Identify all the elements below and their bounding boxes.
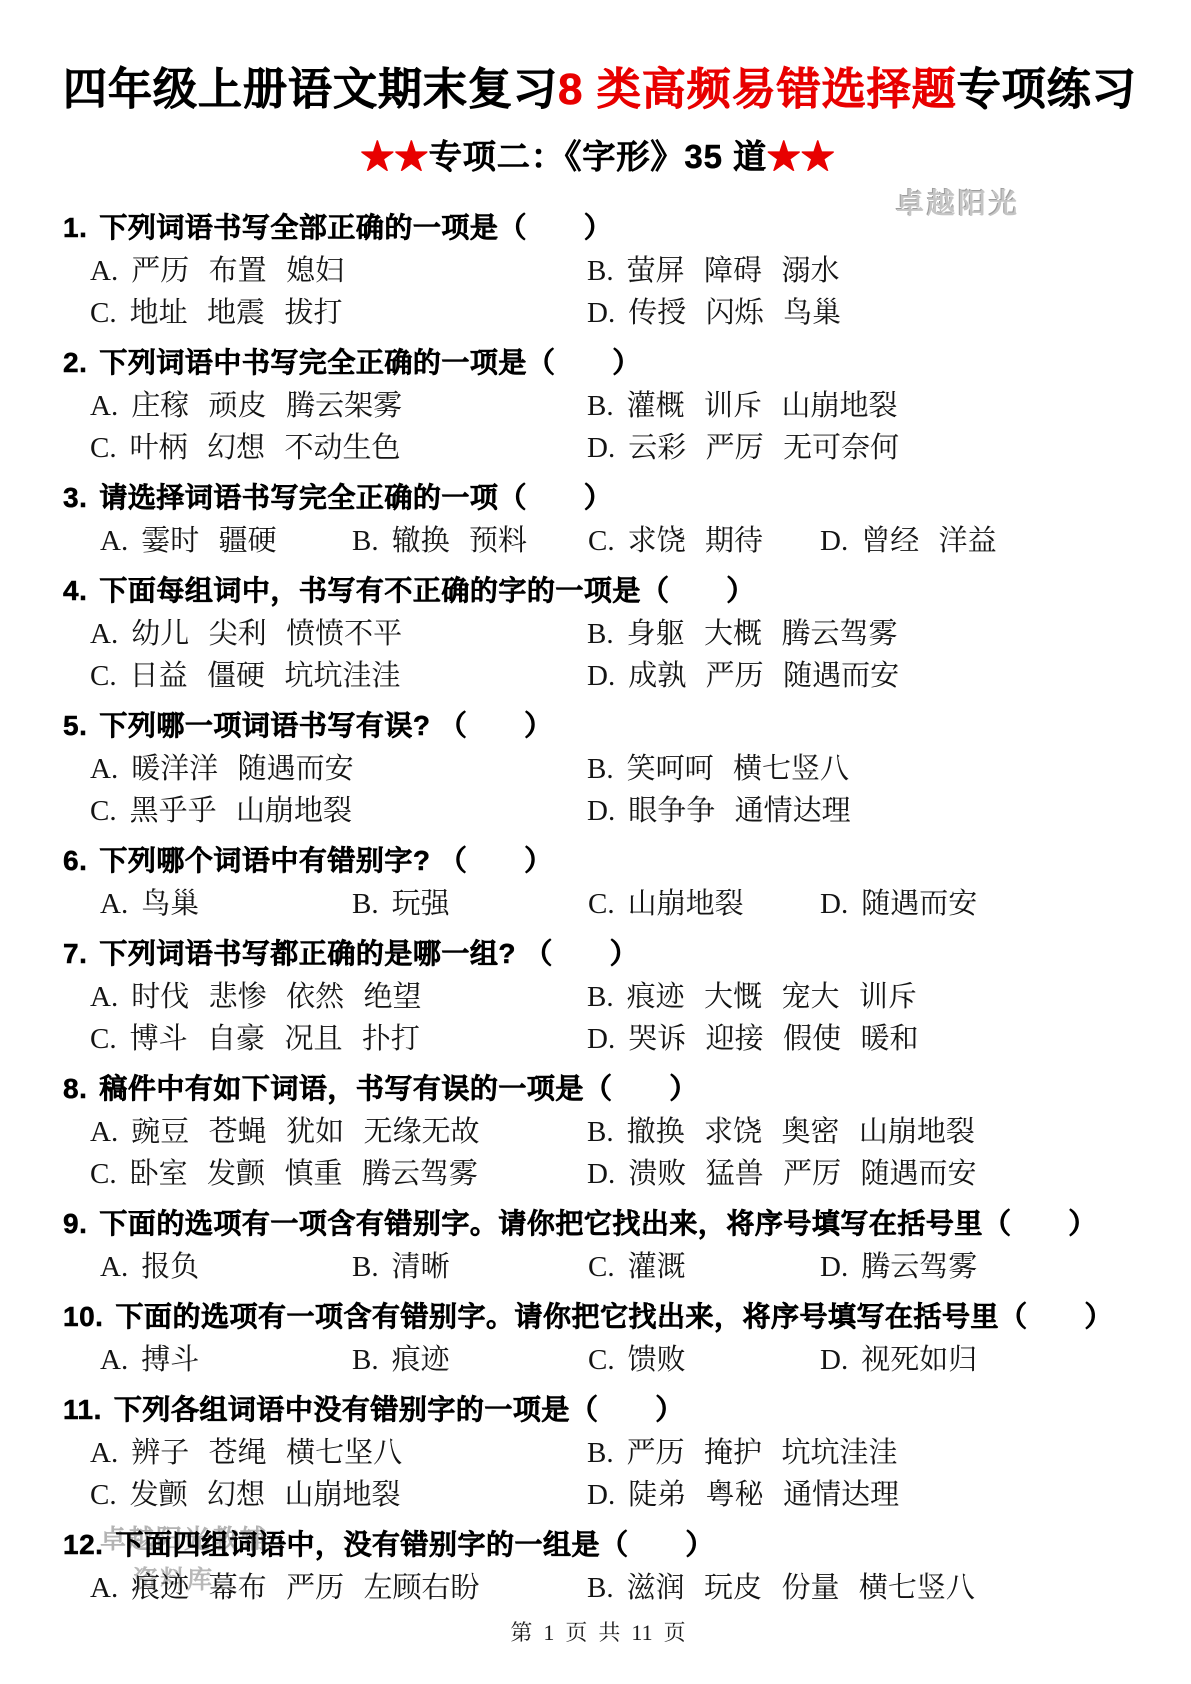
- option-text: 滋润 玩皮 份量 横七竖八: [627, 1572, 975, 1604]
- option-text: 馈败: [628, 1344, 686, 1376]
- question-7-stem: 7.下列词语书写都正确的是哪一组? （ ）: [63, 932, 1133, 976]
- option-label: A.: [90, 1116, 118, 1148]
- page-title: 四年级上册语文期末复习8 类高频易错选择题专项练习: [63, 62, 1133, 117]
- option-text: 曾经 洋益: [861, 525, 996, 557]
- question-number: 2.: [63, 347, 87, 378]
- question-8-stem: 8.稿件中有如下词语，书写有误的一项是（ ）: [63, 1067, 1133, 1111]
- option-text: 辙换 预料: [392, 525, 527, 557]
- question-2-stem: 2.下列词语中书写完全正确的一项是（ ）: [63, 341, 1133, 385]
- option-label: D.: [587, 660, 615, 692]
- option-b: B.身躯 大概 腾云驾雾: [587, 613, 1133, 655]
- question-5-options: A.暖洋洋 随遇而安 B.笑呵呵 横七竖八 C.黑乎乎 山崩地裂 D.眼争争 通…: [63, 748, 1133, 832]
- option-label: B.: [587, 255, 614, 287]
- option-text: 暖洋洋 随遇而安: [131, 753, 353, 785]
- option-text: 幼儿 尖利 愤愤不平: [131, 618, 402, 650]
- option-text: 哭诉 迎接 假使 暖和: [628, 1023, 918, 1055]
- question-number: 12.: [63, 1529, 103, 1560]
- option-b: B.严历 掩护 坑坑洼洼: [587, 1432, 1133, 1474]
- option-a: A.豌豆 苍蝇 犹如 无缘无故: [90, 1111, 587, 1153]
- question-6-stem: 6.下列哪个词语中有错别字? （ ）: [63, 839, 1133, 883]
- option-label: B.: [587, 1116, 614, 1148]
- question-12: 12.下面四组词语中，没有错别字的一组是（ ） A.痕迹 幕布 严历 左顾右盼 …: [63, 1523, 1133, 1609]
- question-10-stem: 10.下面的选项有一项含有错别字。请你把它找出来，将序号填写在括号里（ ）: [63, 1295, 1133, 1339]
- option-d: D.陡弟 粤秘 通情达理: [587, 1474, 1133, 1516]
- stars-left: ★★: [361, 138, 429, 175]
- option-text: 豌豆 苍蝇 犹如 无缘无故: [131, 1116, 479, 1148]
- question-list: 1.下列词语书写全部正确的一项是（ ） A.严历 布置 媳妇 B.萤屏 障碍 溺…: [63, 206, 1133, 1609]
- option-label: B.: [352, 1251, 379, 1283]
- question-12-stem: 12.下面四组词语中，没有错别字的一组是（ ）: [63, 1523, 1133, 1567]
- option-text: 腾云驾雾: [861, 1251, 977, 1283]
- option-label: D.: [820, 525, 848, 557]
- option-a: A.报负: [100, 1246, 352, 1288]
- option-a: A.庄稼 顽皮 腾云架雾: [90, 385, 587, 427]
- question-12-options: A.痕迹 幕布 严历 左顾右盼 B.滋润 玩皮 份量 横七竖八: [63, 1567, 1133, 1609]
- option-label: D.: [587, 1158, 615, 1190]
- option-text: 黑乎乎 山崩地裂: [130, 795, 352, 827]
- option-label: C.: [90, 795, 117, 827]
- question-6-options: A.鸟巢 B.玩强 C.山崩地裂 D.随遇而安: [63, 883, 1133, 925]
- question-number: 8.: [63, 1073, 87, 1104]
- page-subtitle: ★★专项二：《字形》35 道★★: [63, 131, 1133, 178]
- option-text: 身躯 大概 腾云驾雾: [627, 618, 898, 650]
- question-3: 3.请选择词语书写完全正确的一项（ ） A.霎时 疆硬 B.辙换 预料 C.求饶…: [63, 476, 1133, 562]
- option-label: D.: [587, 1023, 615, 1055]
- subtitle-label: 专项二：《字形》35 道: [429, 138, 767, 175]
- option-text: 云彩 严厉 无可奈何: [628, 432, 899, 464]
- option-label: B.: [587, 981, 614, 1013]
- option-c: C.馈败: [588, 1339, 820, 1381]
- option-text: 痕迹 大慨 宠大 训斥: [627, 981, 917, 1013]
- option-label: B.: [352, 525, 379, 557]
- option-c: C.灌溉: [588, 1246, 820, 1288]
- option-c: C.黑乎乎 山崩地裂: [90, 790, 587, 832]
- option-text: 严历 掩护 坑坑洼洼: [627, 1437, 898, 1469]
- option-label: A.: [90, 390, 118, 422]
- option-text: 清晰: [392, 1251, 450, 1283]
- question-10-options: A.搏斗 B.痕迹 C.馈败 D.视死如归: [63, 1339, 1133, 1381]
- option-label: B.: [587, 753, 614, 785]
- option-label: C.: [588, 1344, 615, 1376]
- option-a: A.辨子 苍绳 横七坚八: [90, 1432, 587, 1474]
- option-c: C.卧室 发颤 慎重 腾云驾雾: [90, 1153, 587, 1195]
- option-text: 博斗 自豪 况且 扑打: [130, 1023, 420, 1055]
- option-c: C.山崩地裂: [588, 883, 820, 925]
- question-number: 6.: [63, 845, 87, 876]
- question-3-stem: 3.请选择词语书写完全正确的一项（ ）: [63, 476, 1133, 520]
- option-a: A.鸟巢: [100, 883, 352, 925]
- question-4-options: A.幼儿 尖利 愤愤不平 B.身躯 大概 腾云驾雾 C.日益 僵硬 坑坑洼洼 D…: [63, 613, 1133, 697]
- option-text: 庄稼 顽皮 腾云架雾: [131, 390, 402, 422]
- stars-right: ★★: [767, 138, 835, 175]
- option-text: 眼争争 通情达理: [628, 795, 850, 827]
- option-label: D.: [587, 297, 615, 329]
- option-text: 山崩地裂: [628, 888, 744, 920]
- option-text: 视死如归: [861, 1344, 977, 1376]
- option-c: C.求饶 期待: [588, 520, 820, 562]
- option-label: C.: [90, 297, 117, 329]
- question-5-stem: 5.下列哪一项词语书写有误? （ ）: [63, 704, 1133, 748]
- question-stem-text: 下列词语书写都正确的是哪一组? （ ）: [99, 938, 638, 969]
- option-text: 成孰 严历 随遇而安: [628, 660, 899, 692]
- option-text: 求饶 期待: [628, 525, 763, 557]
- option-label: A.: [90, 753, 118, 785]
- title-red-middle: 8 类高频易错选择题: [558, 65, 957, 114]
- option-a: A.痕迹 幕布 严历 左顾右盼: [90, 1567, 587, 1609]
- option-text: 陡弟 粤秘 通情达理: [628, 1479, 899, 1511]
- question-1: 1.下列词语书写全部正确的一项是（ ） A.严历 布置 媳妇 B.萤屏 障碍 溺…: [63, 206, 1133, 334]
- option-d: D.腾云驾雾: [820, 1246, 1133, 1288]
- option-text: 传授 闪烁 鸟巢: [628, 297, 841, 329]
- option-text: 灌溉: [628, 1251, 686, 1283]
- option-c: C.博斗 自豪 况且 扑打: [90, 1018, 587, 1060]
- option-text: 发颤 幻想 山崩地裂: [130, 1479, 401, 1511]
- question-number: 4.: [63, 575, 87, 606]
- option-b: B.痕迹: [352, 1339, 588, 1381]
- question-11: 11.下列各组词语中没有错别字的一项是（ ） A.辨子 苍绳 横七坚八 B.严历…: [63, 1388, 1133, 1516]
- option-label: D.: [820, 888, 848, 920]
- question-stem-text: 下列各组词语中没有错别字的一项是（ ）: [114, 1394, 684, 1425]
- page-footer: 第 1 页 共 11 页: [63, 1616, 1133, 1647]
- page-content: 四年级上册语文期末复习8 类高频易错选择题专项练习 ★★专项二：《字形》35 道…: [0, 0, 1191, 1647]
- option-text: 溃败 猛兽 严厉 随遇而安: [628, 1158, 976, 1190]
- option-b: B.笑呵呵 横七竖八: [587, 748, 1133, 790]
- option-b: B.痕迹 大慨 宠大 训斥: [587, 976, 1133, 1018]
- option-label: B.: [587, 1437, 614, 1469]
- option-text: 叶柄 幻想 不动生色: [130, 432, 401, 464]
- question-stem-text: 下面每组词中，书写有不正确的字的一项是（ ）: [99, 575, 755, 606]
- question-8-options: A.豌豆 苍蝇 犹如 无缘无故 B.撤换 求饶 奥密 山崩地裂 C.卧室 发颤 …: [63, 1111, 1133, 1195]
- option-text: 日益 僵硬 坑坑洼洼: [130, 660, 401, 692]
- option-d: D.哭诉 迎接 假使 暖和: [587, 1018, 1133, 1060]
- option-d: D.溃败 猛兽 严厉 随遇而安: [587, 1153, 1133, 1195]
- question-3-options: A.霎时 疆硬 B.辙换 预料 C.求饶 期待 D.曾经 洋益: [63, 520, 1133, 562]
- question-number: 1.: [63, 212, 87, 243]
- option-text: 痕迹 幕布 严历 左顾右盼: [131, 1572, 479, 1604]
- option-label: C.: [90, 660, 117, 692]
- option-c: C.地址 地震 拔打: [90, 292, 587, 334]
- option-text: 撤换 求饶 奥密 山崩地裂: [627, 1116, 975, 1148]
- option-b: B.滋润 玩皮 份量 横七竖八: [587, 1567, 1133, 1609]
- option-b: B.清晰: [352, 1246, 588, 1288]
- option-label: B.: [352, 1344, 379, 1376]
- option-label: C.: [588, 525, 615, 557]
- option-a: A.霎时 疆硬: [100, 520, 352, 562]
- option-label: B.: [587, 390, 614, 422]
- question-2: 2.下列词语中书写完全正确的一项是（ ） A.庄稼 顽皮 腾云架雾 B.灌概 训…: [63, 341, 1133, 469]
- option-label: A.: [100, 525, 128, 557]
- option-text: 卧室 发颤 慎重 腾云驾雾: [130, 1158, 478, 1190]
- question-stem-text: 下面的选项有一项含有错别字。请你把它找出来，将序号填写在括号里（ ）: [115, 1301, 1113, 1332]
- option-label: C.: [90, 1023, 117, 1055]
- option-a: A.时伐 悲惨 依然 绝望: [90, 976, 587, 1018]
- question-stem-text: 下列词语中书写完全正确的一项是（ ）: [99, 347, 641, 378]
- question-1-options: A.严历 布置 媳妇 B.萤屏 障碍 溺水 C.地址 地震 拔打 D.传授 闪烁…: [63, 250, 1133, 334]
- option-label: A.: [100, 888, 128, 920]
- question-1-stem: 1.下列词语书写全部正确的一项是（ ）: [63, 206, 1133, 250]
- question-stem-text: 下列哪一项词语书写有误? （ ）: [99, 710, 552, 741]
- option-d: D.视死如归: [820, 1339, 1133, 1381]
- option-a: A.暖洋洋 随遇而安: [90, 748, 587, 790]
- option-text: 鸟巢: [141, 888, 199, 920]
- question-number: 3.: [63, 482, 87, 513]
- question-number: 11.: [63, 1394, 102, 1425]
- question-9-stem: 9.下面的选项有一项含有错别字。请你把它找出来，将序号填写在括号里（ ）: [63, 1202, 1133, 1246]
- option-d: D.眼争争 通情达理: [587, 790, 1133, 832]
- option-text: 玩强: [392, 888, 450, 920]
- option-text: 地址 地震 拔打: [130, 297, 343, 329]
- option-label: D.: [820, 1344, 848, 1376]
- option-text: 时伐 悲惨 依然 绝望: [131, 981, 421, 1013]
- option-b: B.灌概 训斥 山崩地裂: [587, 385, 1133, 427]
- option-b: B.萤屏 障碍 溺水: [587, 250, 1133, 292]
- option-label: A.: [90, 1572, 118, 1604]
- option-c: C.发颤 幻想 山崩地裂: [90, 1474, 587, 1516]
- option-label: A.: [100, 1251, 128, 1283]
- question-number: 5.: [63, 710, 87, 741]
- option-label: C.: [588, 888, 615, 920]
- question-stem-text: 下面四组词语中，没有错别字的一组是（ ）: [115, 1529, 714, 1560]
- option-text: 随遇而安: [861, 888, 977, 920]
- option-text: 报负: [141, 1251, 199, 1283]
- question-4-stem: 4.下面每组词中，书写有不正确的字的一项是（ ）: [63, 569, 1133, 613]
- option-label: A.: [100, 1344, 128, 1376]
- option-b: B.辙换 预料: [352, 520, 588, 562]
- option-label: C.: [588, 1251, 615, 1283]
- option-label: A.: [90, 1437, 118, 1469]
- option-b: B.撤换 求饶 奥密 山崩地裂: [587, 1111, 1133, 1153]
- option-a: A.搏斗: [100, 1339, 352, 1381]
- option-a: A.严历 布置 媳妇: [90, 250, 587, 292]
- option-label: A.: [90, 618, 118, 650]
- worksheet-page: 卓越阳光 卓越阳光教辅 资料库 四年级上册语文期末复习8 类高频易错选择题专项练…: [0, 0, 1191, 1684]
- option-text: 霎时 疆硬: [141, 525, 276, 557]
- question-stem-text: 下面的选项有一项含有错别字。请你把它找出来，将序号填写在括号里（ ）: [99, 1208, 1097, 1239]
- question-8: 8.稿件中有如下词语，书写有误的一项是（ ） A.豌豆 苍蝇 犹如 无缘无故 B…: [63, 1067, 1133, 1195]
- option-a: A.幼儿 尖利 愤愤不平: [90, 613, 587, 655]
- question-stem-text: 请选择词语书写完全正确的一项（ ）: [99, 482, 612, 513]
- title-black-right: 专项练习: [957, 65, 1137, 114]
- question-number: 7.: [63, 938, 87, 969]
- option-label: D.: [587, 432, 615, 464]
- question-5: 5.下列哪一项词语书写有误? （ ） A.暖洋洋 随遇而安 B.笑呵呵 横七竖八…: [63, 704, 1133, 832]
- question-10: 10.下面的选项有一项含有错别字。请你把它找出来，将序号填写在括号里（ ） A.…: [63, 1295, 1133, 1381]
- option-text: 痕迹: [392, 1344, 450, 1376]
- question-stem-text: 下列哪个词语中有错别字? （ ）: [99, 845, 552, 876]
- option-text: 笑呵呵 横七竖八: [627, 753, 849, 785]
- option-c: C.日益 僵硬 坑坑洼洼: [90, 655, 587, 697]
- option-label: C.: [90, 1158, 117, 1190]
- option-text: 搏斗: [141, 1344, 199, 1376]
- option-label: A.: [90, 981, 118, 1013]
- question-7-options: A.时伐 悲惨 依然 绝望 B.痕迹 大慨 宠大 训斥 C.博斗 自豪 况且 扑…: [63, 976, 1133, 1060]
- option-c: C.叶柄 幻想 不动生色: [90, 427, 587, 469]
- option-label: D.: [587, 795, 615, 827]
- question-2-options: A.庄稼 顽皮 腾云架雾 B.灌概 训斥 山崩地裂 C.叶柄 幻想 不动生色 D…: [63, 385, 1133, 469]
- option-text: 辨子 苍绳 横七坚八: [131, 1437, 402, 1469]
- option-label: B.: [587, 618, 614, 650]
- question-number: 9.: [63, 1208, 87, 1239]
- option-label: B.: [587, 1572, 614, 1604]
- option-text: 萤屏 障碍 溺水: [627, 255, 840, 287]
- option-label: D.: [820, 1251, 848, 1283]
- option-label: C.: [90, 1479, 117, 1511]
- option-d: D.曾经 洋益: [820, 520, 1133, 562]
- option-label: A.: [90, 255, 118, 287]
- question-11-stem: 11.下列各组词语中没有错别字的一项是（ ）: [63, 1388, 1133, 1432]
- option-d: D.云彩 严厉 无可奈何: [587, 427, 1133, 469]
- title-black-left: 四年级上册语文期末复习: [63, 65, 558, 114]
- question-6: 6.下列哪个词语中有错别字? （ ） A.鸟巢 B.玩强 C.山崩地裂 D.随遇…: [63, 839, 1133, 925]
- question-4: 4.下面每组词中，书写有不正确的字的一项是（ ） A.幼儿 尖利 愤愤不平 B.…: [63, 569, 1133, 697]
- option-label: C.: [90, 432, 117, 464]
- question-11-options: A.辨子 苍绳 横七坚八 B.严历 掩护 坑坑洼洼 C.发颤 幻想 山崩地裂 D…: [63, 1432, 1133, 1516]
- option-label: D.: [587, 1479, 615, 1511]
- question-stem-text: 下列词语书写全部正确的一项是（ ）: [99, 212, 612, 243]
- option-label: B.: [352, 888, 379, 920]
- question-9: 9.下面的选项有一项含有错别字。请你把它找出来，将序号填写在括号里（ ） A.报…: [63, 1202, 1133, 1288]
- option-d: D.随遇而安: [820, 883, 1133, 925]
- option-text: 灌概 训斥 山崩地裂: [627, 390, 898, 422]
- option-d: D.传授 闪烁 鸟巢: [587, 292, 1133, 334]
- question-number: 10.: [63, 1301, 103, 1332]
- option-d: D.成孰 严历 随遇而安: [587, 655, 1133, 697]
- question-9-options: A.报负 B.清晰 C.灌溉 D.腾云驾雾: [63, 1246, 1133, 1288]
- option-text: 严历 布置 媳妇: [131, 255, 344, 287]
- option-b: B.玩强: [352, 883, 588, 925]
- question-stem-text: 稿件中有如下词语，书写有误的一项是（ ）: [99, 1073, 698, 1104]
- question-7: 7.下列词语书写都正确的是哪一组? （ ） A.时伐 悲惨 依然 绝望 B.痕迹…: [63, 932, 1133, 1060]
